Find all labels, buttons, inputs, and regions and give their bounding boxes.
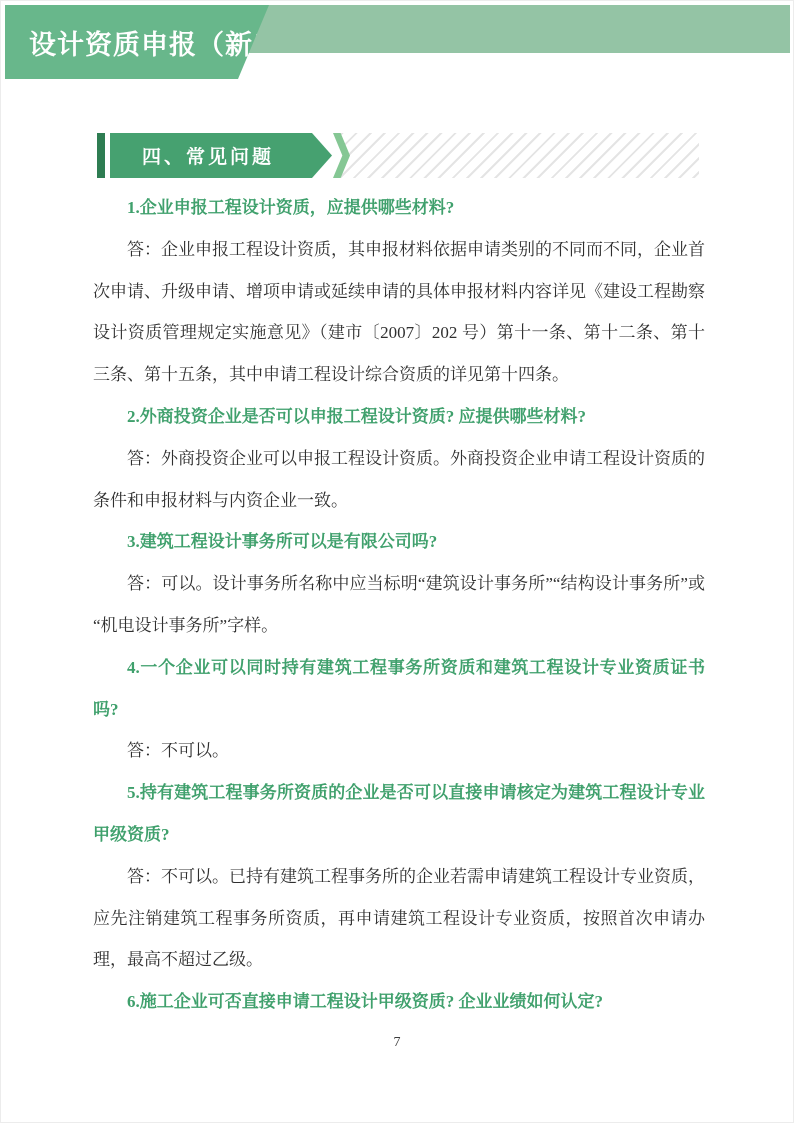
section-stripes-decoration [341, 133, 699, 178]
faq-answer-4: 答：不可以。 [93, 730, 705, 772]
section-heading: 四、常见问题 [110, 133, 332, 178]
page-number: 7 [1, 1035, 793, 1051]
faq-question-2: 2.外商投资企业是否可以申报工程设计资质? 应提供哪些材料? [93, 396, 705, 438]
faq-answer-1: 答：企业申报工程设计资质，其申报材料依据申请类别的不同而不同，企业首次申请、升级… [93, 229, 705, 396]
faq-answer-2: 答：外商投资企业可以申报工程设计资质。外商投资企业申请工程设计资质的条件和申报材… [93, 438, 705, 522]
document-page: 设计资质申报（新申请） 四、常见问题 1.企业申报工程设计资质，应提供哪些材料?… [0, 0, 794, 1123]
faq-question-5: 5.持有建筑工程事务所资质的企业是否可以直接申请核定为建筑工程设计专业甲级资质? [93, 772, 705, 856]
faq-question-6: 6.施工企业可否直接申请工程设计甲级资质? 企业业绩如何认定? [93, 981, 705, 1023]
section-accent-bar [97, 133, 105, 178]
banner: 设计资质申报（新申请） [5, 5, 269, 79]
faq-content: 1.企业申报工程设计资质，应提供哪些材料? 答：企业申报工程设计资质，其申报材料… [93, 187, 705, 1023]
faq-question-4: 4.一个企业可以同时持有建筑工程事务所资质和建筑工程设计专业资质证书吗? [93, 647, 705, 731]
faq-question-3: 3.建筑工程设计事务所可以是有限公司吗? [93, 521, 705, 563]
faq-answer-3: 答：可以。设计事务所名称中应当标明“建筑设计事务所”“结构设计事务所”或“机电设… [93, 563, 705, 647]
section-title: 四、常见问题 [142, 142, 274, 169]
banner-light-strip [241, 5, 790, 53]
faq-question-1: 1.企业申报工程设计资质，应提供哪些材料? [93, 187, 705, 229]
faq-answer-5: 答：不可以。已持有建筑工程事务所的企业若需申请建筑工程设计专业资质，应先注销建筑… [93, 856, 705, 981]
